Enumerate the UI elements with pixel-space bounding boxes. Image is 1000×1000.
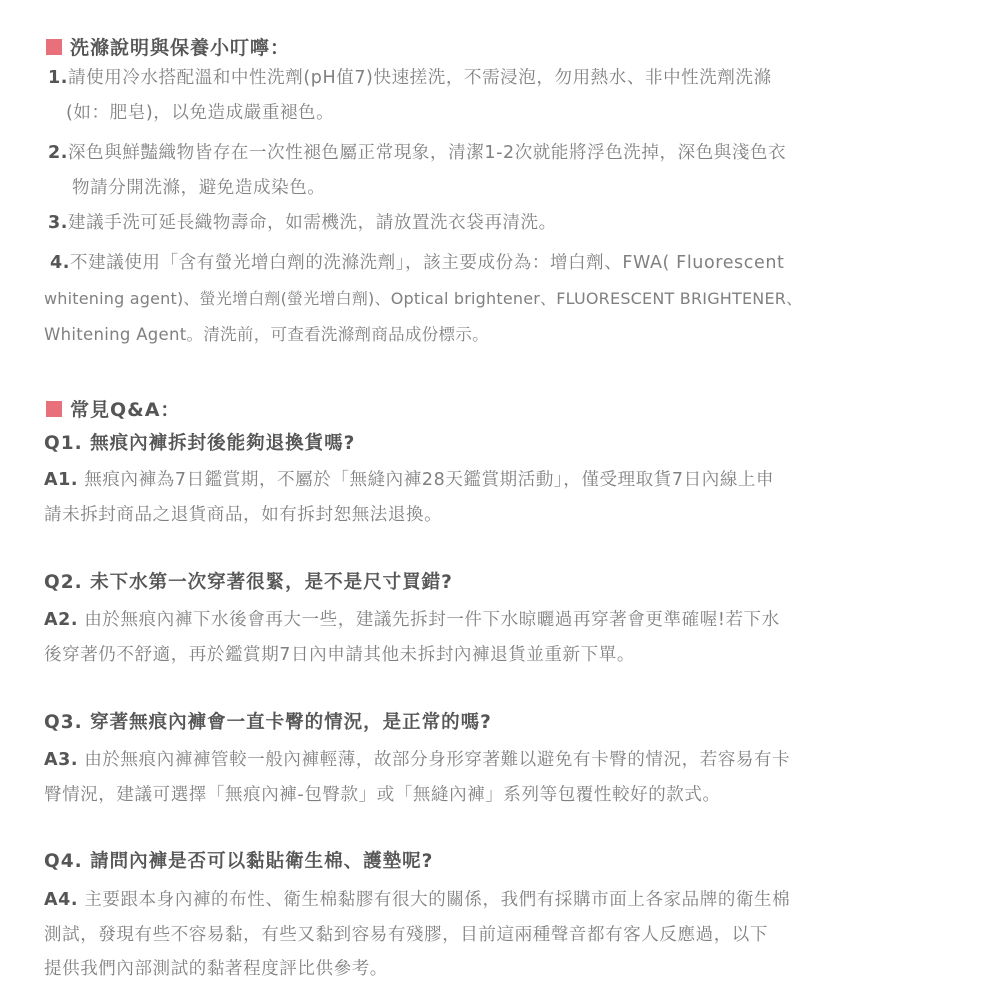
faq-answer-2-line-1: A2. 由於無痕內褲下水後會再大一些，建議先拆封一件下水晾曬過再穿著會更準確喔!… bbox=[44, 606, 780, 631]
care-item-4-line-2: whitening agent)、螢光增白劑(螢光增白劑)、Optical br… bbox=[44, 286, 802, 309]
care-item-1-line-2: (如：肥皂)，以免造成嚴重褪色。 bbox=[66, 99, 334, 124]
care-heading-text: 洗滌說明與保養小叮嚀： bbox=[70, 33, 290, 60]
faq-answer-3-line-1: A3. 由於無痕內褲褲管較一般內褲輕薄，故部分身形穿著難以避免有卡臀的情況，若容… bbox=[44, 746, 790, 771]
faq-answer-4-line-3: 提供我們內部測試的黏著程度評比供參考。 bbox=[44, 955, 388, 980]
faq-answer-4-line-2: 測試，發現有些不容易黏，有些又黏到容易有殘膠，目前這兩種聲音都有客人反應過，以下 bbox=[44, 921, 768, 946]
care-item-2-line-1: 2.深色與鮮豔織物皆存在一次性褪色屬正常現象，清潔1-2次就能將浮色洗掉，深色與… bbox=[48, 139, 786, 164]
faq-answer-3-line-2: 臀情況，建議可選擇「無痕內褲-包臀款」或「無縫內褲」系列等包覆性較好的款式。 bbox=[44, 781, 721, 806]
care-item-1-line-1: 1.請使用冷水搭配溫和中性洗劑(pH值7)快速搓洗，不需浸泡，勿用熱水、非中性洗… bbox=[48, 64, 772, 89]
faq-answer-4-line-1: A4. 主要跟本身內褲的布性、衛生棉黏膠有很大的關係，我們有採購市面上各家品牌的… bbox=[44, 886, 790, 911]
faq-heading-text: 常見Q&A： bbox=[70, 395, 180, 422]
faq-section-heading: 常見Q&A： bbox=[46, 395, 180, 422]
care-item-2-line-2: 物請分開洗滌，避免造成染色。 bbox=[72, 174, 325, 199]
faq-answer-1-line-1: A1. 無痕內褲為7日鑑賞期，不屬於「無縫內褲28天鑑賞期活動」，僅受理取貨7日… bbox=[44, 466, 774, 491]
pink-square-icon bbox=[46, 39, 62, 55]
faq-answer-1-line-2: 請未拆封商品之退貨商品，如有拆封恕無法退換。 bbox=[44, 501, 442, 526]
care-item-4-line-3: Whitening Agent。清洗前，可查看洗滌劑商品成份標示。 bbox=[44, 321, 489, 345]
care-item-4-line-1: 4.不建議使用「含有螢光增白劑的洗滌洗劑」，該主要成份為：增白劑、FWA( Fl… bbox=[50, 249, 785, 274]
faq-question-1: Q1. 無痕內褲拆封後能夠退換貨嗎? bbox=[44, 429, 355, 455]
care-item-3-line-1: 3.建議手洗可延長織物壽命，如需機洗，請放置洗衣袋再清洗。 bbox=[48, 209, 557, 234]
faq-question-2: Q2. 未下水第一次穿著很緊，是不是尺寸買錯? bbox=[44, 568, 453, 594]
faq-question-4: Q4. 請問內褲是否可以黏貼衛生棉、護墊呢? bbox=[44, 847, 433, 873]
faq-question-3: Q3. 穿著無痕內褲會一直卡臀的情況，是正常的嗎? bbox=[44, 708, 492, 734]
pink-square-icon bbox=[46, 401, 62, 417]
care-section-heading: 洗滌說明與保養小叮嚀： bbox=[46, 33, 290, 60]
faq-answer-2-line-2: 後穿著仍不舒適，再於鑑賞期7日內申請其他未拆封內褲退貨並重新下單。 bbox=[44, 641, 635, 666]
